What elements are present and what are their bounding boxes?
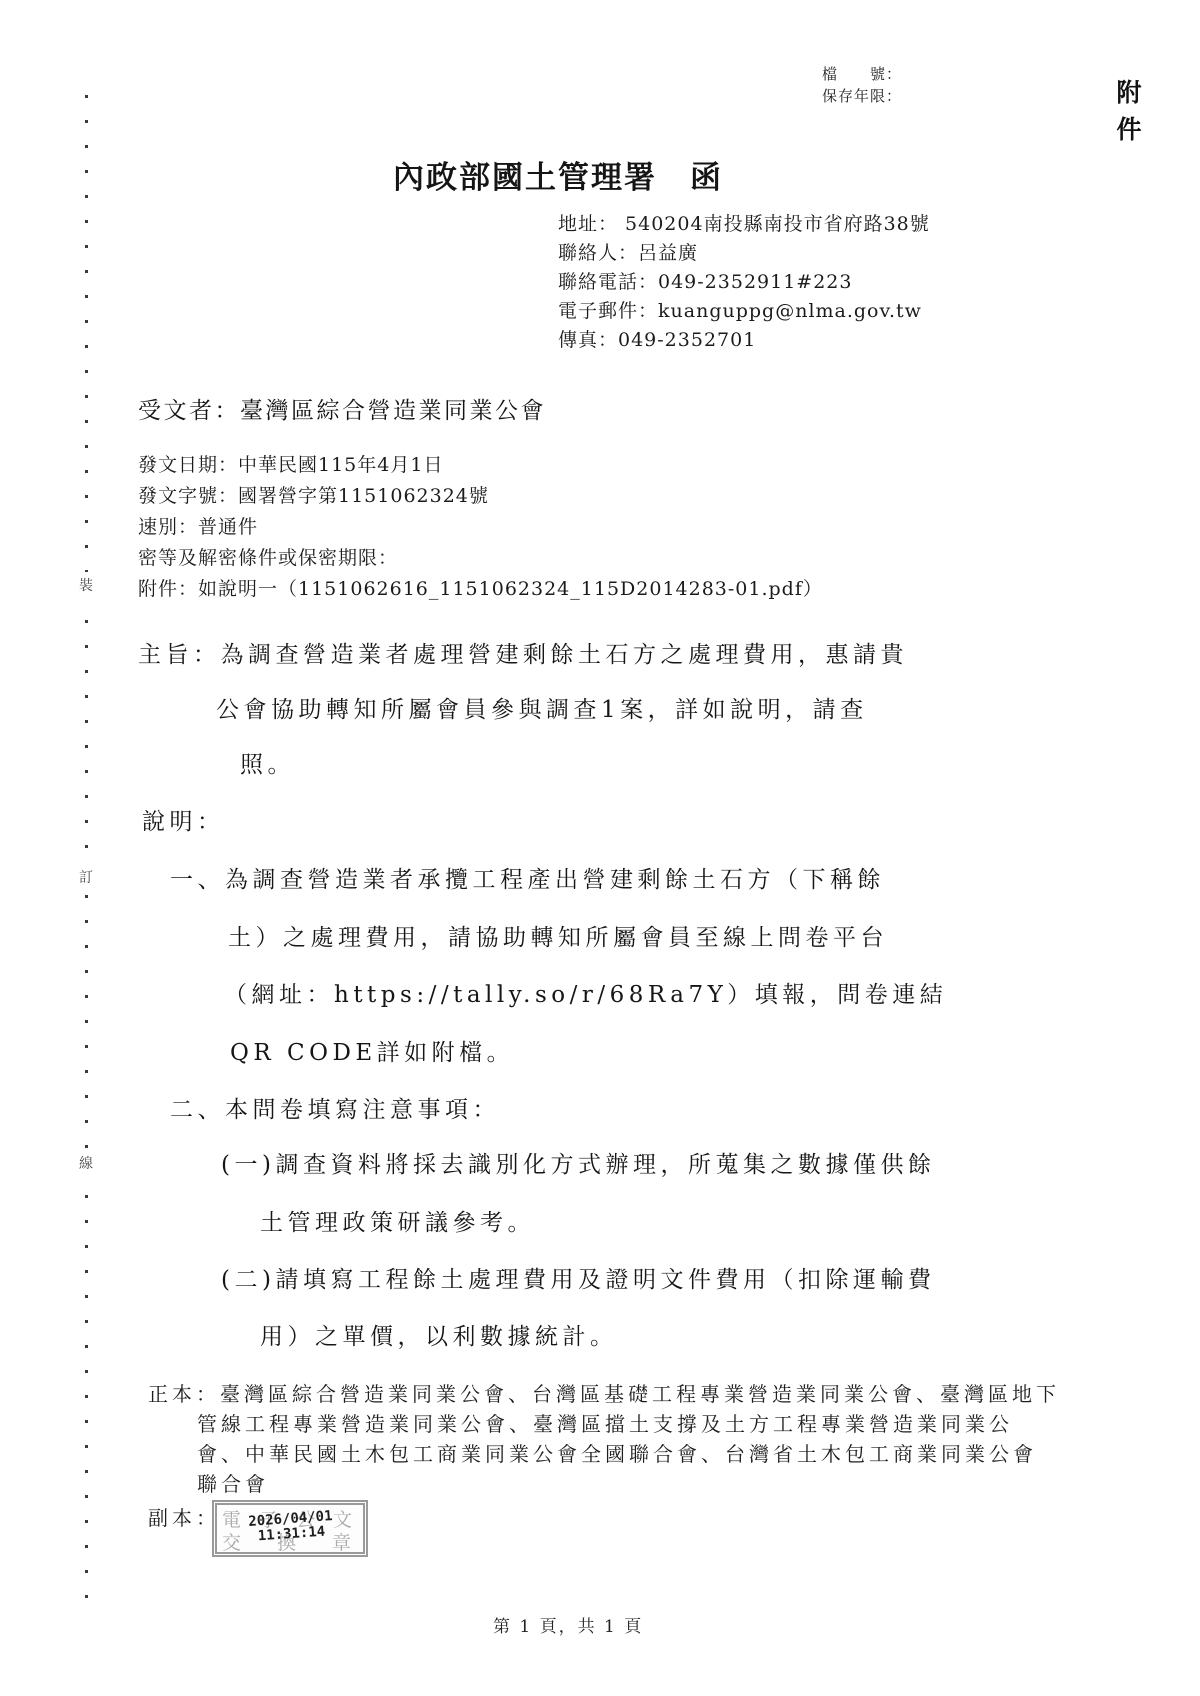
contact-email: 電子郵件：kuanguppg@nlma.gov.tw xyxy=(558,297,930,326)
attachment-marker-char-2: 件 xyxy=(1114,111,1144,148)
item-1-line-1: 一、為調查營造業者承攬工程產出營建剩餘土石方（下稱餘 xyxy=(170,861,885,894)
original-copy-line-1: 正本：臺灣區綜合營造業同業公會、台灣區基礎工程專業營造業同業公會、臺灣區地下 xyxy=(148,1378,1060,1407)
item-1-line-3-url: （網址：https://tally.so/r/68Ra7Y）填報，問卷連結 xyxy=(224,976,947,1009)
meta-date: 發文日期：中華民國115年4月1日 xyxy=(138,450,823,481)
item-2-2-line-2: 用）之單價，以利數據統計。 xyxy=(260,1318,618,1351)
attachment-marker-char-1: 附 xyxy=(1114,74,1144,111)
contact-person: 聯絡人：呂益廣 xyxy=(558,239,930,268)
dispatch-meta-block: 發文日期：中華民國115年4月1日 發文字號：國署營字第1151062324號 … xyxy=(138,450,823,605)
page-number-footer: 第 1 頁，共 1 頁 xyxy=(493,1612,643,1637)
subject-line-1: 主旨：為調查營造業者處理營建剩餘土石方之處理費用，惠請貴 xyxy=(138,636,908,669)
electronic-exchange-stamp: 電子公文 交換章 2026/04/01 11:31:14 xyxy=(212,1500,368,1557)
retention-label: 保存年限： xyxy=(822,85,902,107)
subject-line-3: 照。 xyxy=(240,746,295,779)
subject-line-2: 公會協助轉知所屬會員參與調查1案，詳如說明，請查 xyxy=(216,691,868,724)
binding-dotted-line xyxy=(85,95,88,1612)
contact-fax: 傳真：049-2352701 xyxy=(558,326,930,355)
original-copy-line-3: 會、中華民國土木包工商業同業公會全國聯合會、台灣省土木包工商業同業公會 xyxy=(197,1438,1037,1467)
item-1-line-4-qrcode: QR CODE詳如附檔。 xyxy=(230,1034,514,1067)
meta-secrecy: 密等及解密條件或保密期限： xyxy=(138,543,823,574)
meta-doc-number: 發文字號：國署營字第1151062324號 xyxy=(138,481,823,512)
recipient-line: 受文者：臺灣區綜合營造業同業公會 xyxy=(138,392,546,425)
item-2-1-line-1: (一)調查資料將採去識別化方式辦理，所蒐集之數據僅供餘 xyxy=(221,1146,935,1179)
contact-phone: 聯絡電話：049-2352911#223 xyxy=(558,268,930,297)
contact-address: 地址： 540204南投縣南投市省府路38號 xyxy=(558,210,930,239)
attachment-marker: 附 件 xyxy=(1114,74,1144,148)
carbon-copy-label: 副本： xyxy=(148,1502,220,1531)
document-page: 裝 訂 線 檔 號： 保存年限： 附 件 內政部國土管理署 函 地址： 5402… xyxy=(0,0,1200,1696)
item-2-2-line-1: (二)請填寫工程餘土處理費用及證明文件費用（扣除運輸費 xyxy=(221,1261,935,1294)
file-number-block: 檔 號： 保存年限： xyxy=(822,63,902,107)
meta-attachment: 附件：如說明一（1151062616_1151062324_115D201428… xyxy=(138,574,823,605)
original-copy-line-4: 聯合會 xyxy=(197,1468,269,1497)
original-copy-line-2: 管線工程專業營造業同業公會、臺灣區擋土支撐及土方工程專業營造業同業公 xyxy=(197,1408,1013,1437)
sender-contact-block: 地址： 540204南投縣南投市省府路38號 聯絡人：呂益廣 聯絡電話：049-… xyxy=(558,210,930,355)
item-2-heading: 二、本問卷填寫注意事項： xyxy=(170,1091,500,1124)
binding-label-ding: 訂 xyxy=(74,864,98,890)
binding-label-xian: 線 xyxy=(74,1150,98,1176)
file-no-label: 檔 號： xyxy=(822,63,902,85)
explanation-heading: 說明： xyxy=(142,803,225,836)
document-title: 內政部國土管理署 函 xyxy=(393,152,723,197)
item-2-1-line-2: 土管理政策研議參考。 xyxy=(260,1204,535,1237)
item-1-line-2: 土）之處理費用，請協助轉知所屬會員至線上問卷平台 xyxy=(228,919,888,952)
meta-speed: 速別：普通件 xyxy=(138,512,823,543)
binding-label-zhuang: 裝 xyxy=(74,572,98,598)
